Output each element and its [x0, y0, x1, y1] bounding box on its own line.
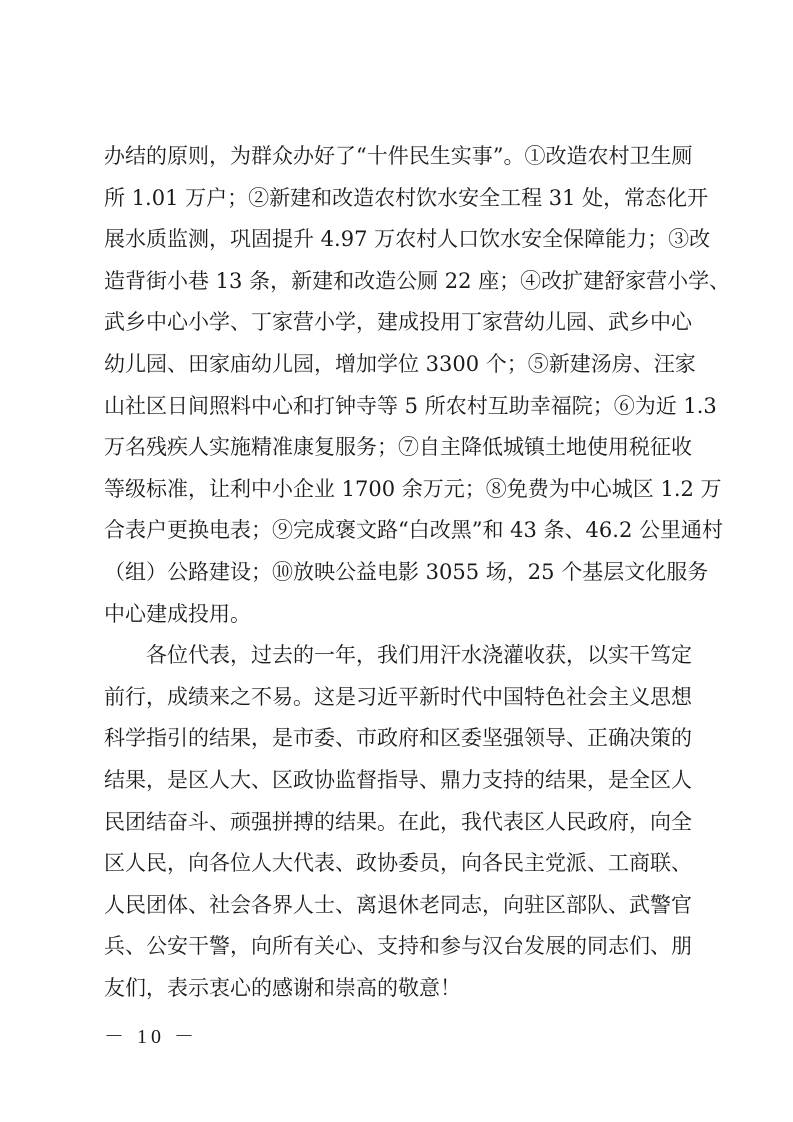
text-line: 中心建成投用。: [104, 594, 692, 636]
text-line: 幼儿园、田家庙幼儿园，增加学位 3300 个；⑤新建汤房、汪家: [104, 344, 692, 386]
text-line: 区人民，向各位人大代表、政协委员，向各民主党派、工商联、: [104, 843, 692, 885]
text-line: 科学指引的结果，是市委、市政府和区委坚强领导、正确决策的: [104, 718, 692, 760]
page-number: － 10 －: [104, 1020, 198, 1049]
text-line: 兵、公安干警，向所有关心、支持和参与汉台发展的同志们、朋: [104, 926, 692, 968]
text-line: 人民团体、社会各界人士、离退休老同志，向驻区部队、武警官: [104, 885, 692, 927]
text-line: 民团结奋斗、顽强拼搏的结果。在此，我代表区人民政府，向全: [104, 802, 692, 844]
text-line: （组）公路建设；⑩放映公益电影 3055 场，25 个基层文化服务: [104, 552, 692, 594]
text-line: 所 1.01 万户；②新建和改造农村饮水安全工程 31 处，常态化开: [104, 178, 692, 220]
text-line: 万名残疾人实施精准康复服务；⑦自主降低城镇土地使用税征收: [104, 427, 692, 469]
document-body: 办结的原则，为群众办好了“十件民生实事”。①改造农村卫生厕 所 1.01 万户；…: [104, 136, 692, 1009]
text-line: 合表户更换电表；⑨完成褒文路“白改黑”和 43 条、46.2 公里通村: [104, 510, 692, 552]
text-line: 造背街小巷 13 条，新建和改造公厕 22 座；④改扩建舒家营小学、: [104, 261, 692, 303]
text-line: 各位代表，过去的一年，我们用汗水浇灌收获，以实干笃定: [104, 635, 692, 677]
paragraph-thanks: 各位代表，过去的一年，我们用汗水浇灌收获，以实干笃定 前行，成绩来之不易。这是习…: [104, 635, 692, 1009]
text-line: 前行，成绩来之不易。这是习近平新时代中国特色社会主义思想: [104, 677, 692, 719]
text-line: 等级标准，让利中小企业 1700 余万元；⑧免费为中心城区 1.2 万: [104, 469, 692, 511]
text-line: 展水质监测，巩固提升 4.97 万农村人口饮水安全保障能力；③改: [104, 219, 692, 261]
text-line: 山社区日间照料中心和打钟寺等 5 所农村互助幸福院；⑥为近 1.3: [104, 386, 692, 428]
text-line: 办结的原则，为群众办好了“十件民生实事”。①改造农村卫生厕: [104, 136, 692, 178]
text-line: 武乡中心小学、丁家营小学，建成投用丁家营幼儿园、武乡中心: [104, 302, 692, 344]
text-line: 友们，表示衷心的感谢和崇高的敬意！: [104, 968, 692, 1010]
paragraph-livelihood-projects: 办结的原则，为群众办好了“十件民生实事”。①改造农村卫生厕 所 1.01 万户；…: [104, 136, 692, 635]
text-line: 结果，是区人大、区政协监督指导、鼎力支持的结果，是全区人: [104, 760, 692, 802]
